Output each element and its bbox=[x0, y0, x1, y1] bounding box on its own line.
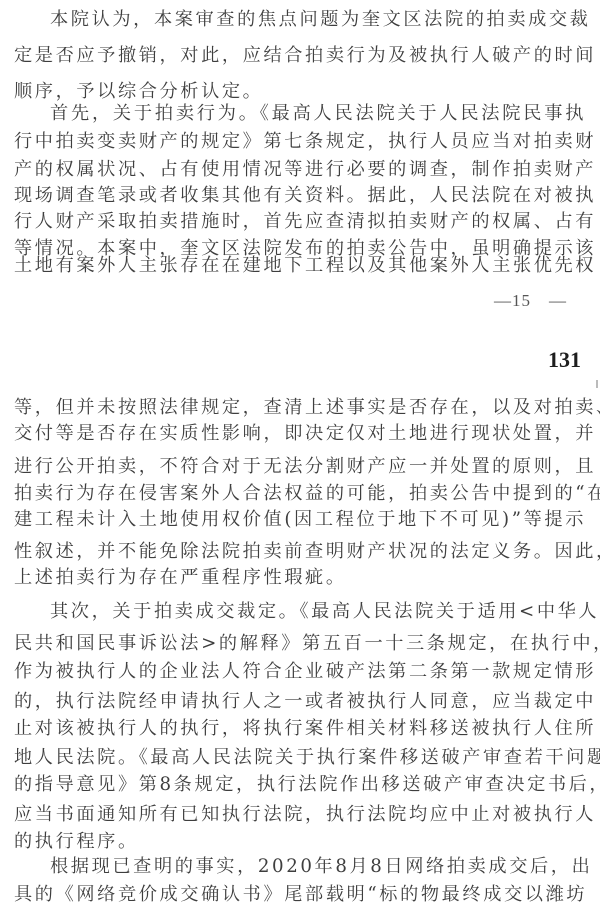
paragraph-line: 拍卖行为存在侵害案外人合法权益的可能，拍卖公告中提到的“在 bbox=[14, 482, 586, 506]
paragraph-line: 的执行程序。 bbox=[14, 830, 586, 854]
paragraph-line: 应当书面通知所有已知执行法院，执行法院均应中止对被执行人 bbox=[14, 803, 586, 827]
paragraph-line: 其次，关于拍卖成交裁定。《最高人民法院关于适用<中华人 bbox=[50, 600, 586, 624]
paragraph-line: 的，执行法院经申请执行人之一或者被执行人同意，应当裁定中 bbox=[14, 690, 586, 714]
paragraph-line: 交付等是否存在实质性影响，即决定仅对土地进行现状处置，并 bbox=[14, 422, 586, 446]
paragraph-line: 的指导意见》第8条规定，执行法院作出移送破产审查决定书后， bbox=[14, 773, 586, 797]
paragraph-line: 止对该被执行人的执行，将执行案件相关材料移送被执行人住所 bbox=[14, 717, 586, 741]
paragraph-line: 上述拍卖行为存在严重程序性瑕疵。 bbox=[14, 566, 586, 590]
paragraph-line: 性叙述，并不能免除法院拍卖前查明财产状况的法定义务。因此， bbox=[14, 540, 586, 564]
paragraph-line: 民共和国民事诉讼法>的解释》第五百一十三条规定，在执行中， bbox=[14, 632, 586, 656]
document-page-lower: 等，但并未按照法律规定，查清上述事实是否存在，以及对拍卖、 交付等是否存在实质性… bbox=[0, 0, 600, 915]
paragraph-line: 地人民法院。《最高人民法院关于执行案件移送破产审查若干问题 bbox=[14, 746, 586, 770]
paragraph-line: 等，但并未按照法律规定，查清上述事实是否存在，以及对拍卖、 bbox=[14, 396, 586, 420]
paragraph-line: 具的《网络竞价成交确认书》尾部载明“标的物最终成交以潍坊 bbox=[14, 883, 586, 907]
paragraph-line: 作为被执行人的企业法人符合企业破产法第二条第一款规定情形 bbox=[14, 660, 586, 684]
paragraph-line: 根据现已查明的事实，2020年8月8日网络拍卖成交后，出 bbox=[50, 855, 586, 879]
paragraph-line: 进行公开拍卖，不符合对于无法分割财产应一并处置的原则，且 bbox=[14, 455, 586, 479]
paragraph-line: 建工程未计入土地使用权价值(因工程位于地下不可见)”等提示 bbox=[14, 508, 586, 532]
